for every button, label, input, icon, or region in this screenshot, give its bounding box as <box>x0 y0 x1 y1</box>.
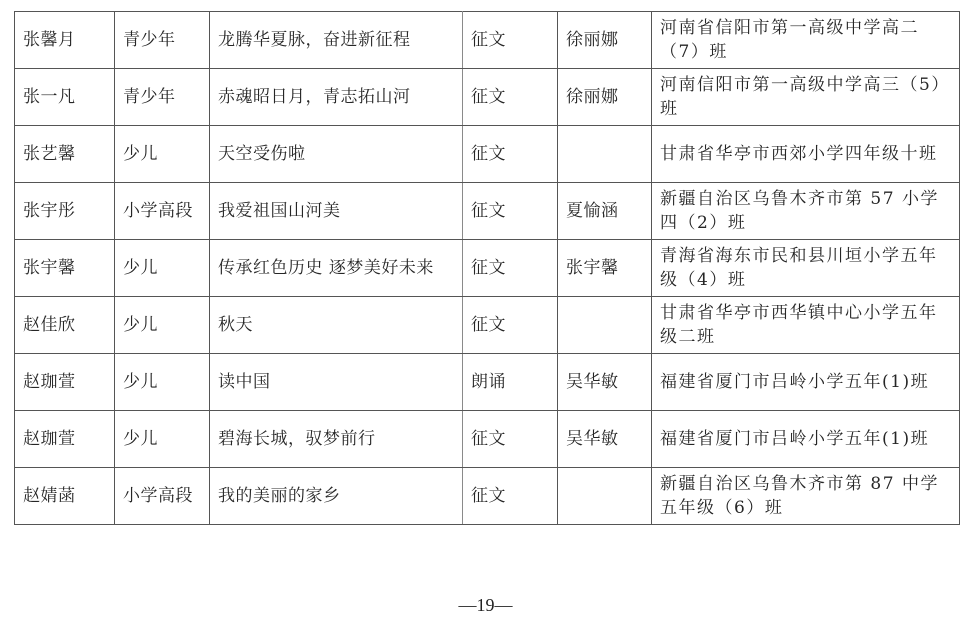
work-title: 秋天 <box>210 297 463 354</box>
entry-category: 征文 <box>463 183 558 240</box>
entry-category: 征文 <box>463 411 558 468</box>
table-row: 张一凡 青少年 赤魂昭日月，青志拓山河 征文 徐丽娜 河南信阳市第一高级中学高三… <box>15 69 960 126</box>
work-title: 我爱祖国山河美 <box>210 183 463 240</box>
age-group: 小学高段 <box>115 183 210 240</box>
instructor-name: 张宇馨 <box>558 240 652 297</box>
age-group: 小学高段 <box>115 468 210 525</box>
table-row: 张馨月 青少年 龙腾华夏脉，奋进新征程 征文 徐丽娜 河南省信阳市第一高级中学高… <box>15 12 960 69</box>
work-title: 读中国 <box>210 354 463 411</box>
entry-category: 朗诵 <box>463 354 558 411</box>
entry-category: 征文 <box>463 468 558 525</box>
participant-name: 张宇馨 <box>15 240 115 297</box>
school-class: 新疆自治区乌鲁木齐市第 57 小学四（2）班 <box>652 183 960 240</box>
work-title: 我的美丽的家乡 <box>210 468 463 525</box>
participant-name: 张宇彤 <box>15 183 115 240</box>
instructor-name <box>558 126 652 183</box>
participant-name: 赵佳欣 <box>15 297 115 354</box>
school-class: 福建省厦门市吕岭小学五年(1)班 <box>652 354 960 411</box>
participant-name: 赵婧菡 <box>15 468 115 525</box>
participants-table: 张馨月 青少年 龙腾华夏脉，奋进新征程 征文 徐丽娜 河南省信阳市第一高级中学高… <box>14 11 960 525</box>
age-group: 少儿 <box>115 411 210 468</box>
school-class: 福建省厦门市吕岭小学五年(1)班 <box>652 411 960 468</box>
page-number: —19— <box>0 595 971 616</box>
participant-name: 张馨月 <box>15 12 115 69</box>
school-class: 甘肃省华亭市西郊小学四年级十班 <box>652 126 960 183</box>
table-row: 赵佳欣 少儿 秋天 征文 甘肃省华亭市西华镇中心小学五年级二班 <box>15 297 960 354</box>
work-title: 龙腾华夏脉，奋进新征程 <box>210 12 463 69</box>
school-class: 新疆自治区乌鲁木齐市第 87 中学五年级（6）班 <box>652 468 960 525</box>
document-page: 张馨月 青少年 龙腾华夏脉，奋进新征程 征文 徐丽娜 河南省信阳市第一高级中学高… <box>0 0 971 628</box>
table-row: 赵珈萱 少儿 碧海长城，驭梦前行 征文 吴华敏 福建省厦门市吕岭小学五年(1)班 <box>15 411 960 468</box>
table-row: 赵珈萱 少儿 读中国 朗诵 吴华敏 福建省厦门市吕岭小学五年(1)班 <box>15 354 960 411</box>
table-row: 张宇彤 小学高段 我爱祖国山河美 征文 夏愉涵 新疆自治区乌鲁木齐市第 57 小… <box>15 183 960 240</box>
instructor-name: 吴华敏 <box>558 354 652 411</box>
instructor-name <box>558 297 652 354</box>
entry-category: 征文 <box>463 297 558 354</box>
school-class: 甘肃省华亭市西华镇中心小学五年级二班 <box>652 297 960 354</box>
work-title: 碧海长城，驭梦前行 <box>210 411 463 468</box>
entry-category: 征文 <box>463 240 558 297</box>
age-group: 少儿 <box>115 240 210 297</box>
school-class: 河南信阳市第一高级中学高三（5）班 <box>652 69 960 126</box>
entry-category: 征文 <box>463 69 558 126</box>
participant-name: 赵珈萱 <box>15 354 115 411</box>
entry-category: 征文 <box>463 126 558 183</box>
instructor-name <box>558 468 652 525</box>
age-group: 青少年 <box>115 69 210 126</box>
school-class: 河南省信阳市第一高级中学高二（7）班 <box>652 12 960 69</box>
participant-name: 张艺馨 <box>15 126 115 183</box>
participant-name: 赵珈萱 <box>15 411 115 468</box>
instructor-name: 夏愉涵 <box>558 183 652 240</box>
work-title: 赤魂昭日月，青志拓山河 <box>210 69 463 126</box>
school-class: 青海省海东市民和县川垣小学五年级（4）班 <box>652 240 960 297</box>
table-row: 张艺馨 少儿 天空受伤啦 征文 甘肃省华亭市西郊小学四年级十班 <box>15 126 960 183</box>
table-row: 赵婧菡 小学高段 我的美丽的家乡 征文 新疆自治区乌鲁木齐市第 87 中学五年级… <box>15 468 960 525</box>
instructor-name: 吴华敏 <box>558 411 652 468</box>
work-title: 传承红色历史 逐梦美好未来 <box>210 240 463 297</box>
age-group: 少儿 <box>115 354 210 411</box>
age-group: 少儿 <box>115 126 210 183</box>
participant-name: 张一凡 <box>15 69 115 126</box>
table-row: 张宇馨 少儿 传承红色历史 逐梦美好未来 征文 张宇馨 青海省海东市民和县川垣小… <box>15 240 960 297</box>
work-title: 天空受伤啦 <box>210 126 463 183</box>
age-group: 少儿 <box>115 297 210 354</box>
instructor-name: 徐丽娜 <box>558 12 652 69</box>
instructor-name: 徐丽娜 <box>558 69 652 126</box>
age-group: 青少年 <box>115 12 210 69</box>
entry-category: 征文 <box>463 12 558 69</box>
